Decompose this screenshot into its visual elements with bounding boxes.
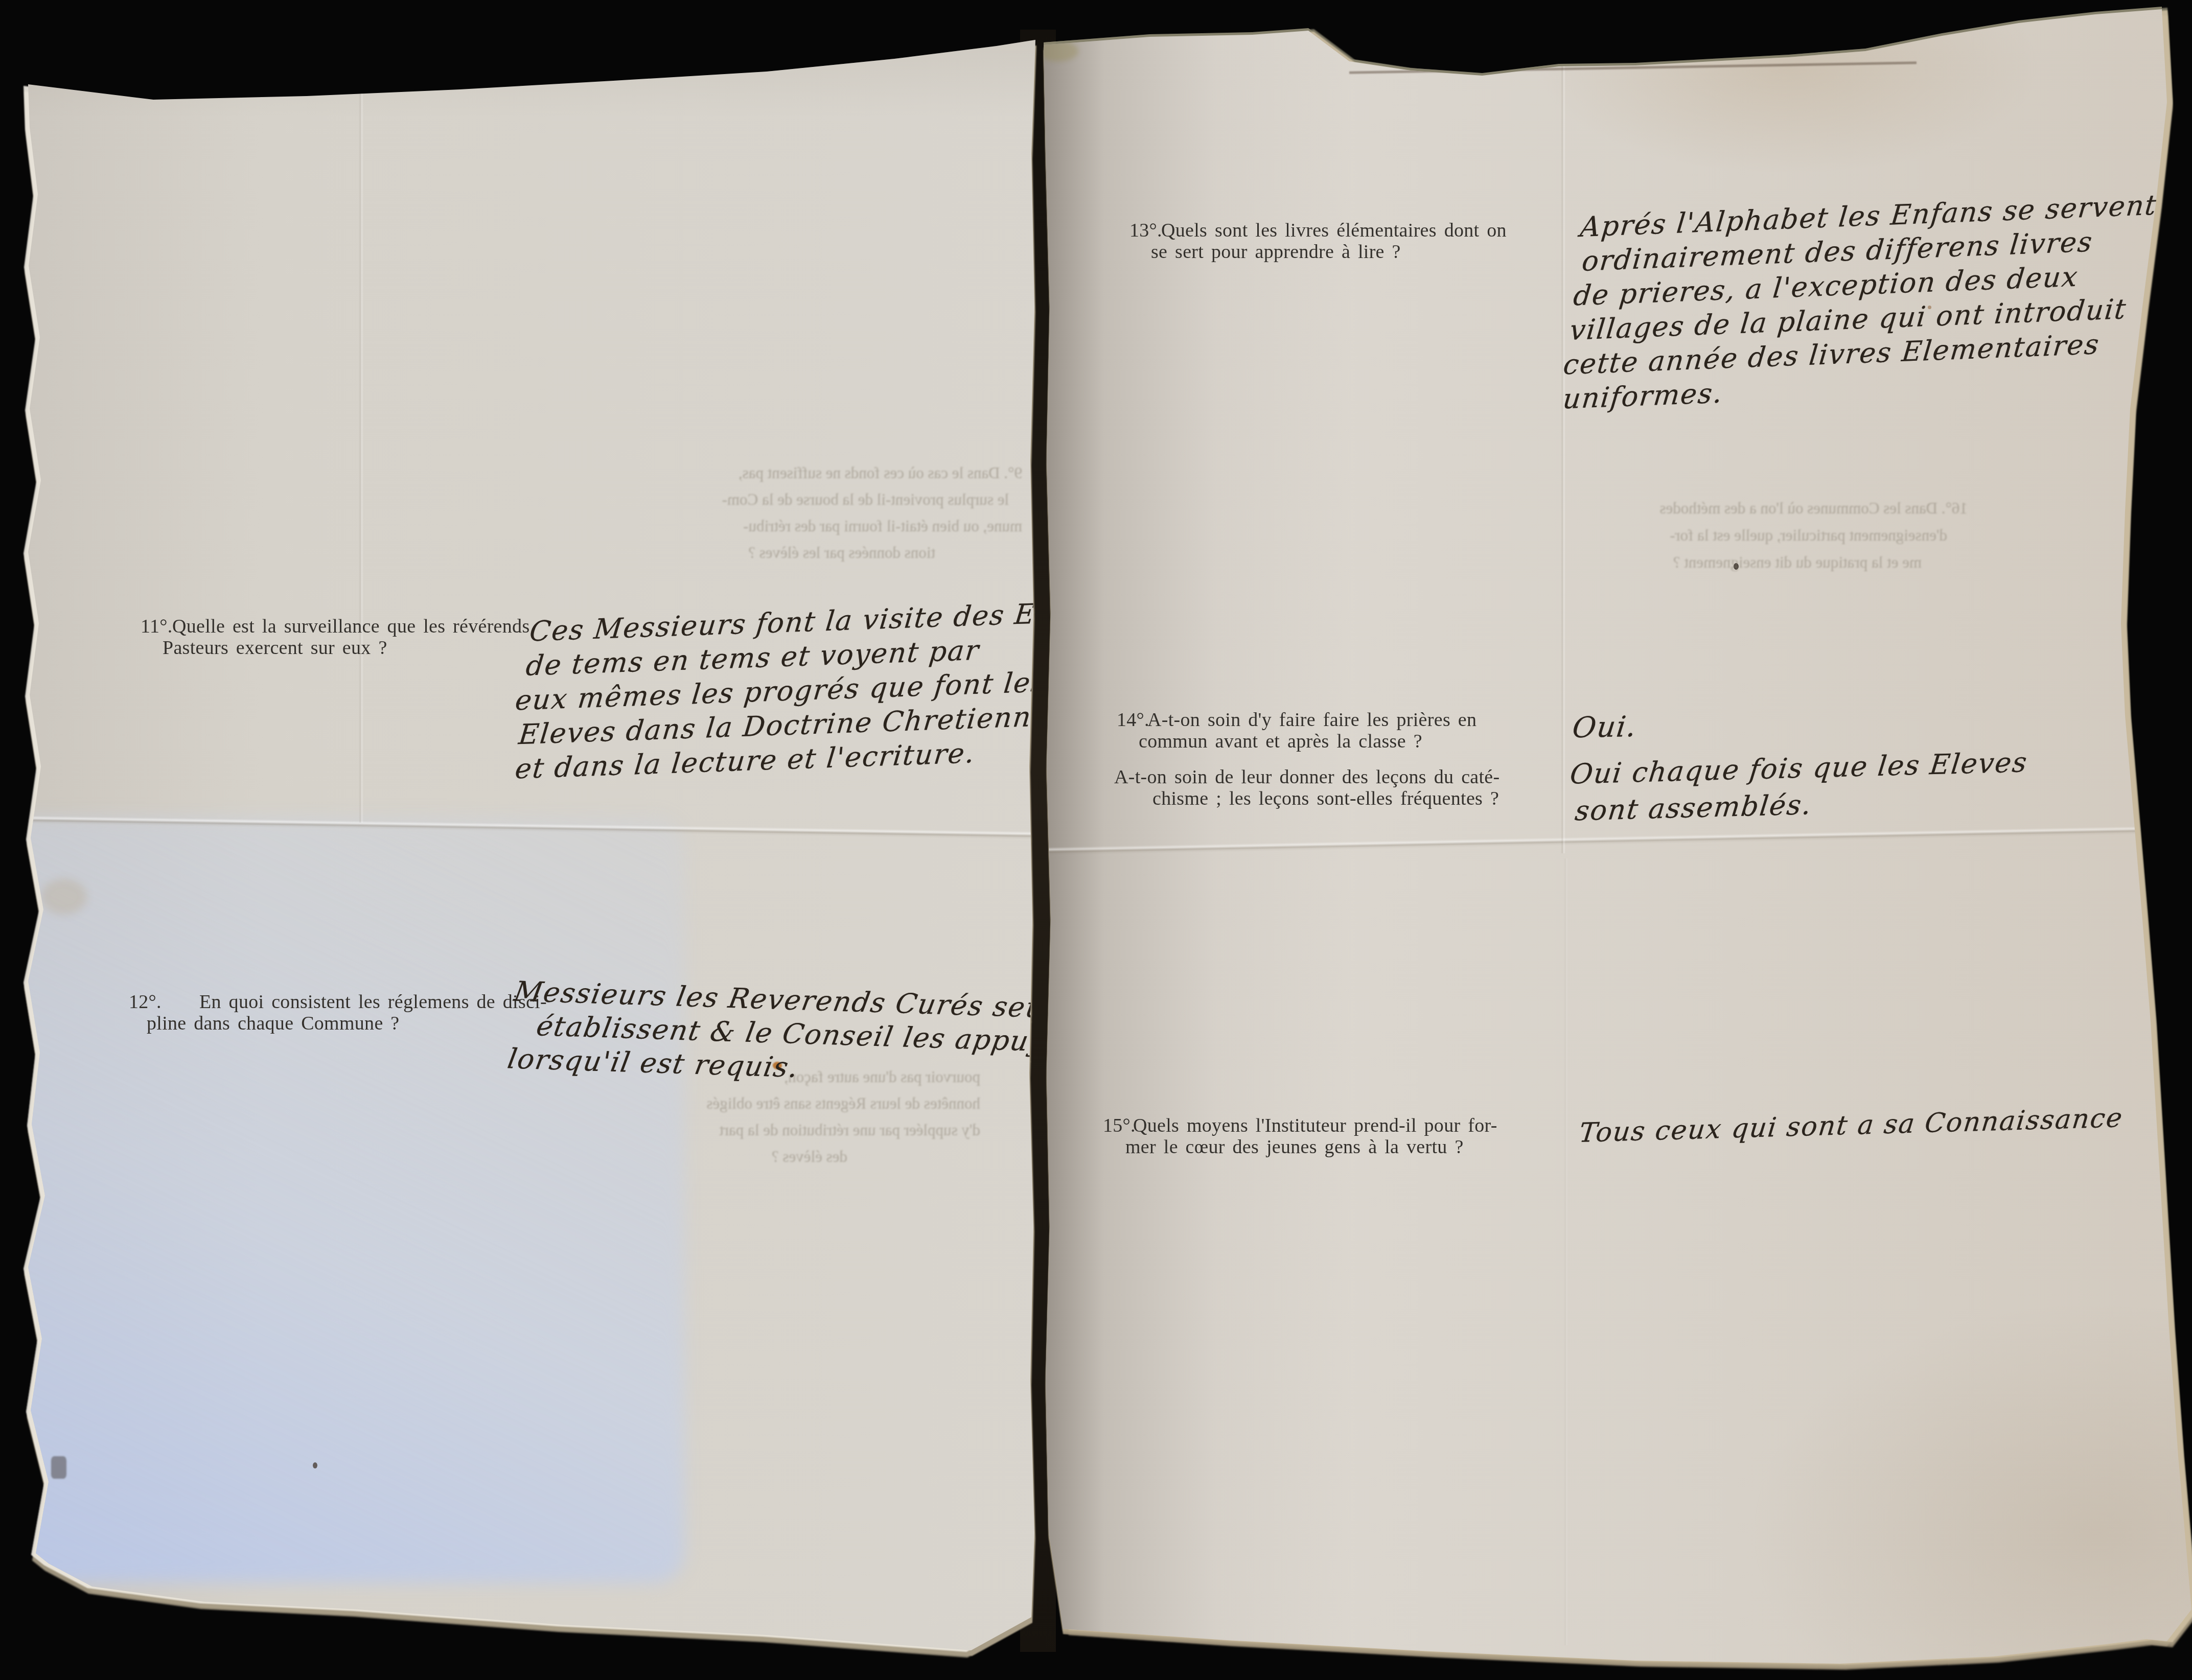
question-14-part2: A-t-on soin de leur donner des leçons du… — [1114, 766, 1499, 809]
answer-13-handwriting: Aprés l'Alphabet les Enfans se serventor… — [1561, 188, 2159, 416]
stain-gutter-top — [1037, 41, 1078, 61]
answer-14-oui-handwriting: Oui. — [1571, 710, 1639, 745]
fold-crease-horizontal-right — [1049, 825, 2183, 855]
question-13-number: 13°. — [1129, 220, 1162, 241]
question-15-text: Quels moyens l'Instituteur prend-il pour… — [1133, 1115, 1497, 1158]
stain-brown-top-edge — [1497, 30, 1564, 51]
answer-14b-handwriting: Oui chaque fois que les Elevessont assem… — [1564, 744, 2029, 830]
fold-crease-vertical-right-lower — [1564, 858, 1568, 1645]
answer-15-handwriting: Tous ceux qui sont a sa Connaissance — [1577, 1101, 2125, 1151]
bleedthrough-text-right: 16°. Dans les Communes où l'on a des mét… — [1533, 495, 1968, 576]
fold-crease-vertical-right — [1561, 26, 1565, 853]
question-14-number: 14°. — [1117, 709, 1149, 731]
question-15-number: 15°. — [1103, 1115, 1136, 1136]
question-14-text: A-t-on soin d'y faire faire les prières … — [1147, 709, 1476, 752]
question-14: 14°. A-t-on soin d'y faire faire les pri… — [1147, 709, 1476, 752]
top-edge-crease-line — [1349, 61, 1917, 74]
right-page: 16°. Dans les Communes où l'on a des mét… — [0, 0, 2192, 1680]
right-page-wrap: 16°. Dans les Communes où l'on a des mét… — [0, 0, 2192, 1680]
question-13: 13°. Quels sont les livres élémentaires … — [1161, 220, 1507, 263]
question-13-text: Quels sont les livres élémentaires dont … — [1161, 220, 1507, 263]
photo-background: 9°. Dans le cas où ces fonds ne suffisen… — [0, 0, 2192, 1680]
question-15: 15°. Quels moyens l'Instituteur prend-il… — [1133, 1115, 1497, 1158]
question-14-part2-text: A-t-on soin de leur donner des leçons du… — [1114, 766, 1499, 809]
